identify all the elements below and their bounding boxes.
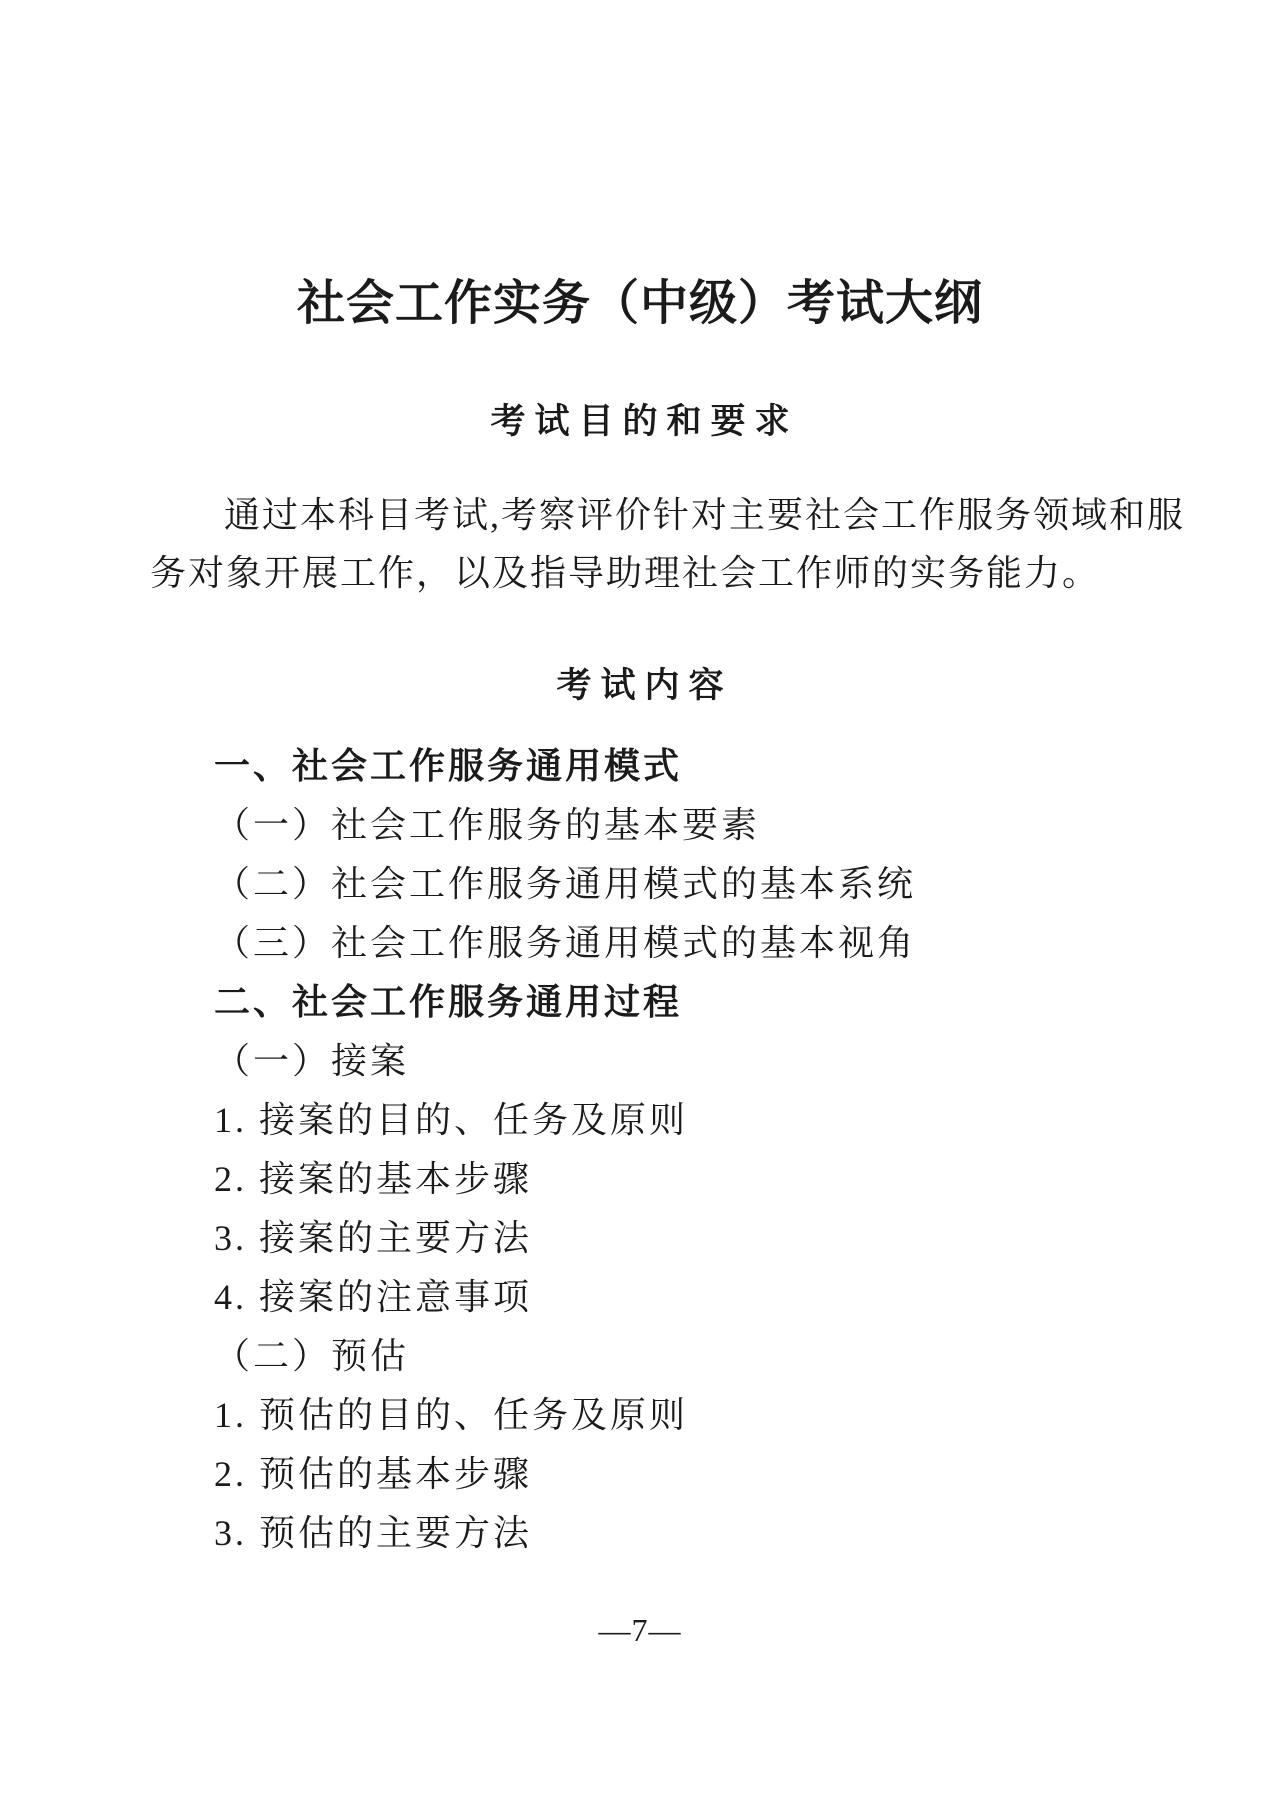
exam-content-outline: 一、社会工作服务通用模式 （一）社会工作服务的基本要素 （二）社会工作服务通用模…	[150, 737, 1130, 1563]
outline-item: 3. 接案的主要方法	[150, 1209, 1130, 1268]
outline-item: 一、社会工作服务通用模式	[150, 737, 1130, 796]
outline-item: （一）接案	[150, 1032, 1130, 1091]
outline-item: 二、社会工作服务通用过程	[150, 973, 1130, 1032]
outline-item: 3. 预估的主要方法	[150, 1504, 1130, 1563]
paragraph-line: 务对象开展工作，以及指导助理社会工作师的实务能力。	[150, 544, 1130, 602]
outline-item: 1. 预估的目的、任务及原则	[150, 1386, 1130, 1445]
section-heading-content: 考试内容	[150, 664, 1130, 708]
purpose-paragraph: 通过本科目考试,考察评价针对主要社会工作服务领域和服 务对象开展工作，以及指导助…	[150, 486, 1130, 602]
outline-item: （二）社会工作服务通用模式的基本系统	[150, 855, 1130, 914]
outline-item: 2. 预估的基本步骤	[150, 1445, 1130, 1504]
outline-item: 1. 接案的目的、任务及原则	[150, 1091, 1130, 1150]
outline-item: （二）预估	[150, 1327, 1130, 1386]
document-title: 社会工作实务（中级）考试大纲	[150, 272, 1130, 336]
page-number: —7—	[150, 1610, 1130, 1650]
outline-item: （一）社会工作服务的基本要素	[150, 796, 1130, 855]
outline-item: 4. 接案的注意事项	[150, 1268, 1130, 1327]
section-heading-purpose: 考试目的和要求	[150, 400, 1130, 444]
document-page: 社会工作实务（中级）考试大纲 考试目的和要求 通过本科目考试,考察评价针对主要社…	[0, 0, 1280, 1810]
outline-item: 2. 接案的基本步骤	[150, 1150, 1130, 1209]
outline-item: （三）社会工作服务通用模式的基本视角	[150, 914, 1130, 973]
paragraph-line: 通过本科目考试,考察评价针对主要社会工作服务领域和服	[150, 486, 1130, 544]
